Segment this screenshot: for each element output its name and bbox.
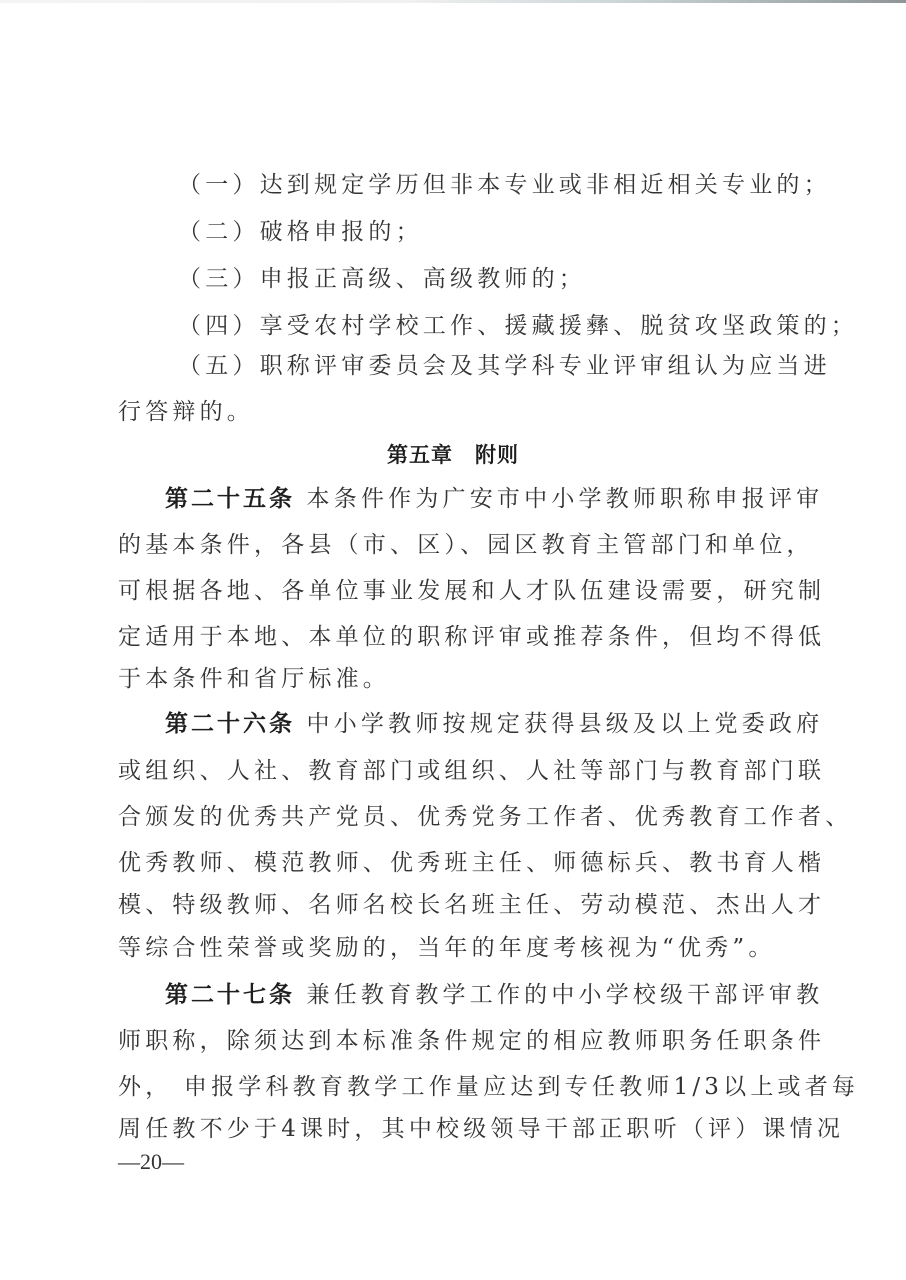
list-item-5: （五）职称评审委员会及其学科专业评审组认为应当进 xyxy=(178,351,831,381)
list-marker: （四） xyxy=(178,313,260,339)
article-26-line-1: 第二十六条 中小学教师按规定获得县级及以上党委政府 xyxy=(165,709,823,739)
list-text: 申报正高级、高级教师的； xyxy=(260,266,586,292)
article-text: 中小学教师按规定获得县级及以上党委政府 xyxy=(307,711,824,737)
article-text: 兼任教育教学工作的中小学校级干部评审教 xyxy=(307,982,824,1008)
list-item-5-continuation: 行答辩的。 xyxy=(118,397,254,427)
article-27-line-1: 第二十七条 兼任教育教学工作的中小学校级干部评审教 xyxy=(165,980,823,1010)
list-text: 达到规定学历但非本专业或非相近相关专业的； xyxy=(260,172,831,198)
list-marker: （二） xyxy=(178,219,260,245)
article-27-line-2: 师职称，除须达到本标准条件规定的相应教师职务任职条件 xyxy=(118,1026,825,1056)
article-label: 第二十六条 xyxy=(165,711,295,737)
article-26-line-4: 优秀教师、模范教师、优秀班主任、师德标兵、教书育人楷 xyxy=(118,848,825,878)
list-marker: （三） xyxy=(178,266,260,292)
article-25-line-2: 的基本条件，各县（市、区）、园区教育主管部门和单位， xyxy=(118,530,814,560)
article-27-line-3: 外， 申报学科教育教学工作量应达到专任教师1/3以上或者每 xyxy=(118,1072,859,1102)
list-marker: （五） xyxy=(178,353,260,379)
list-item-4: （四）享受农村学校工作、援藏援彝、脱贫攻坚政策的； xyxy=(178,311,858,341)
article-26-line-6: 等综合性荣誉或奖励的，当年的年度考核视为“优秀”。 xyxy=(118,933,776,963)
list-text: 享受农村学校工作、援藏援彝、脱贫攻坚政策的； xyxy=(260,313,858,339)
article-26-line-3: 合颁发的优秀共产党员、优秀党务工作者、优秀教育工作者、 xyxy=(118,802,852,832)
list-marker: （一） xyxy=(178,172,260,198)
article-label: 第二十七条 xyxy=(165,982,295,1008)
article-25-line-1: 第二十五条 本条件作为广安市中小学教师职称申报评审 xyxy=(165,484,823,514)
page-number: —20— xyxy=(118,1147,184,1177)
list-text: 破格申报的； xyxy=(260,219,423,245)
list-item-1: （一）达到规定学历但非本专业或非相近相关专业的； xyxy=(178,170,831,200)
list-item-3: （三）申报正高级、高级教师的； xyxy=(178,264,586,294)
article-25-line-3: 可根据各地、各单位事业发展和人才队伍建设需要，研究制 xyxy=(118,576,825,606)
list-text: 职称评审委员会及其学科专业评审组认为应当进 xyxy=(260,353,831,379)
chapter-heading: 第五章 附则 xyxy=(0,440,906,470)
list-item-2: （二）破格申报的； xyxy=(178,217,423,247)
article-27-line-4: 周任教不少于4课时，其中校级领导干部正职听（评）课情况 xyxy=(118,1114,844,1144)
article-text: 本条件作为广安市中小学教师职称申报评审 xyxy=(307,486,824,512)
article-26-line-2: 或组织、人社、教育部门或组织、人社等部门与教育部门联 xyxy=(118,756,825,786)
article-25-line-4: 定适用于本地、本单位的职称评审或推荐条件，但均不得低 xyxy=(118,622,825,652)
article-25-line-5: 于本条件和省厅标准。 xyxy=(118,664,390,694)
document-page: （一）达到规定学历但非本专业或非相近相关专业的； （二）破格申报的； （三）申报… xyxy=(0,0,906,1280)
article-26-line-5: 模、特级教师、名师名校长名班主任、劳动模范、杰出人才 xyxy=(118,890,825,920)
article-label: 第二十五条 xyxy=(165,486,295,512)
